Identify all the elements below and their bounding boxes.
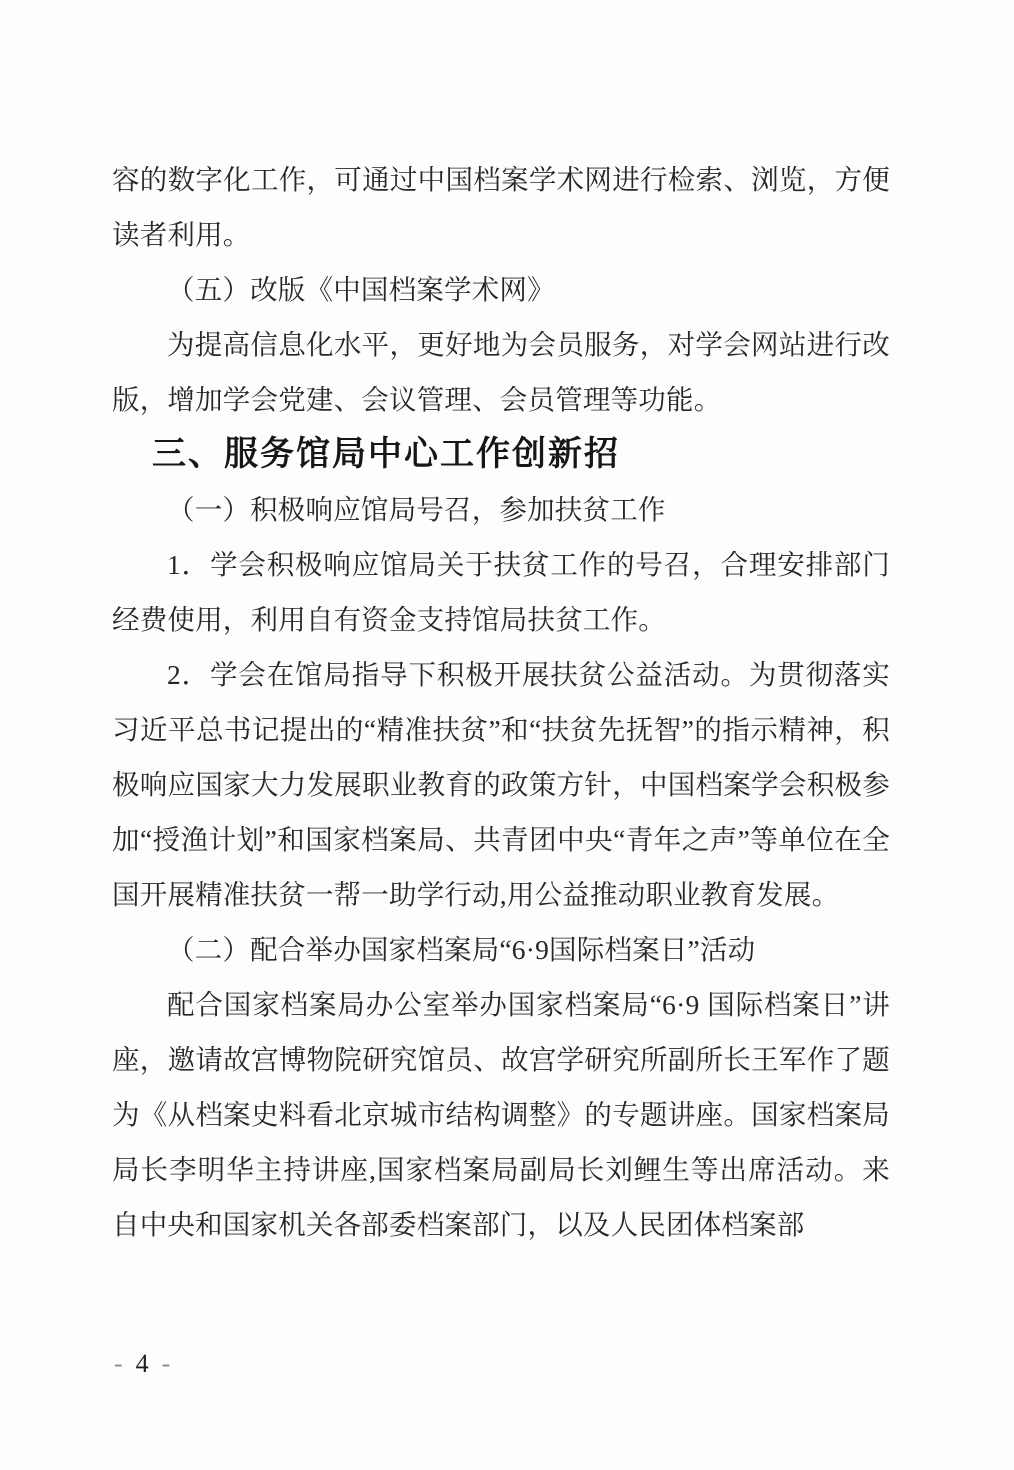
- page-number-value: 4: [125, 1349, 160, 1378]
- sub-heading-two: （二）配合举办国家档案局“6·9国际档案日”活动: [112, 922, 890, 977]
- paragraph-website-upgrade: 为提高信息化水平，更好地为会员服务，对学会网站进行改版，增加学会党建、会议管理、…: [112, 317, 890, 427]
- paragraph-poverty-charity: 2．学会在馆局指导下积极开展扶贫公益活动。为贯彻落实习近平总书记提出的“精准扶贫…: [112, 647, 890, 922]
- paragraph-archives-day: 配合国家档案局办公室举办国家档案局“6·9 国际档案日”讲座，邀请故宫博物院研究…: [112, 977, 890, 1252]
- page-number-left-dash: -: [112, 1349, 125, 1378]
- paragraph-poverty-funds: 1．学会积极响应馆局关于扶贫工作的号召，合理安排部门经费使用，利用自有资金支持馆…: [112, 537, 890, 647]
- sub-heading-one: （一）积极响应馆局号召，参加扶贫工作: [112, 482, 890, 537]
- section-heading-three: 三、服务馆局中心工作创新招: [112, 427, 890, 482]
- page-number-right-dash: -: [160, 1349, 173, 1378]
- document-text-block: 容的数字化工作，可通过中国档案学术网进行检索、浏览，方便读者利用。 （五）改版《…: [112, 152, 890, 1252]
- sub-heading-five: （五）改版《中国档案学术网》: [112, 262, 890, 317]
- paragraph-continuation: 容的数字化工作，可通过中国档案学术网进行检索、浏览，方便读者利用。: [112, 152, 890, 262]
- page-number: -4-: [112, 1344, 172, 1384]
- document-page: 容的数字化工作，可通过中国档案学术网进行检索、浏览，方便读者利用。 （五）改版《…: [0, 0, 1014, 1470]
